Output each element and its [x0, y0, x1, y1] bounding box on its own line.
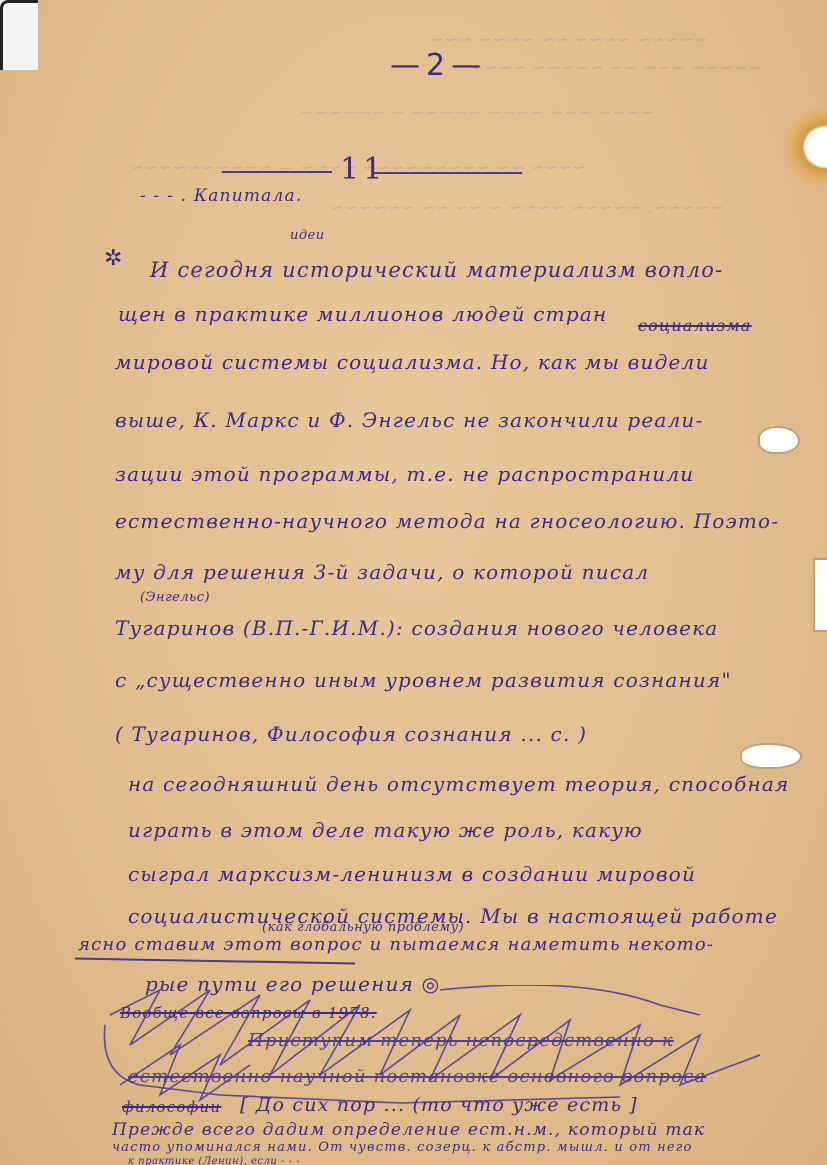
- scan-background-corner: [0, 0, 38, 70]
- asterisk-mark-icon: ✲: [104, 246, 122, 271]
- text-line: Тугаринов (В.П.-Г.И.М.): создания нового…: [115, 616, 718, 640]
- text-line: естественно-научного метода на гносеолог…: [115, 509, 779, 533]
- paper-hole: [742, 745, 800, 767]
- text-line: ( Тугаринов, Философия сознания ... с. ): [115, 722, 587, 746]
- section-rule-right: [372, 172, 522, 174]
- text-line: зации этой программы, т.е. не распростра…: [115, 462, 694, 486]
- text-line: с „существенно иным уровнем развития соз…: [115, 668, 732, 692]
- text-line: на сегодняшний день отсутствует теория, …: [128, 772, 789, 796]
- text-line: сыграл марксизм-ленинизм в создании миро…: [128, 862, 696, 886]
- struck-text: философии: [122, 1098, 221, 1116]
- document-page: ~~~~~ ~~~~ ~~ ~~~~ ~~~ ~~~~~ ~~~ ~~ ~~~~…: [0, 0, 827, 1165]
- bleed-through-text: ~~~~~ ~~~~ ~~ ~~~~ ~~~: [430, 30, 708, 50]
- text-line: рые пути его решения ◎: [145, 972, 440, 996]
- insertion-note: (Энгельс): [140, 590, 210, 605]
- text-line: играть в этом деле такую же роль, какую: [128, 818, 643, 842]
- text-line: часто упоминался нами. От чувств. созерц…: [112, 1140, 693, 1155]
- text-line: Прежде всего дадим определение ест.н.м.,…: [112, 1120, 705, 1140]
- text-line: - - - . Капитала.: [140, 186, 302, 206]
- section-marker: 11: [340, 152, 386, 187]
- text-line: И сегодня исторический материализм вопло…: [150, 258, 723, 282]
- text-line: к практике (Ленин), если - - -: [128, 1156, 300, 1165]
- text-line: мировой системы социализма. Но, как мы в…: [115, 350, 710, 374]
- section-rule-left: [222, 171, 332, 173]
- paper-hole: [815, 560, 827, 630]
- bleed-through-text: ~~~~~. ~~~~~ ~~~~ ~ ~~ ~~ ~~~~~~: [330, 198, 724, 218]
- insertion-note: идеи: [290, 228, 325, 243]
- insertion-note: (как глобальную проблему): [262, 920, 464, 935]
- bleed-through-text: ~~~~~ ~~~ ~~ ~~~~~ ~~~~: [470, 58, 762, 78]
- text-line: му для решения 3-й задачи, о которой пис…: [115, 560, 649, 584]
- bleed-through-text: ~~~~ ~~~ ~~~~ ~~~~~ ~ ~~~~~~: [300, 103, 655, 123]
- struck-text: Вообще все вопросы в 1978.: [120, 1004, 377, 1022]
- struck-text: Приступим теперь непосредственно к: [248, 1030, 674, 1051]
- text-line: выше, К. Маркс и Ф. Энгельс не закончили…: [115, 408, 703, 432]
- page-number: —2—: [390, 48, 487, 83]
- text-line: ясно ставим этот вопрос и пытаемся намет…: [78, 934, 714, 955]
- paper-stain: [784, 108, 827, 186]
- struck-text: социализма: [638, 316, 752, 335]
- text-line: щен в практике миллионов людей стран: [118, 302, 607, 326]
- bracketed-note: [ До сих пор ... (то что уже есть ]: [240, 1094, 638, 1116]
- underline-mark: [75, 958, 355, 965]
- struck-text: естественно-научной постановке основного…: [128, 1066, 706, 1087]
- paper-hole: [760, 428, 798, 452]
